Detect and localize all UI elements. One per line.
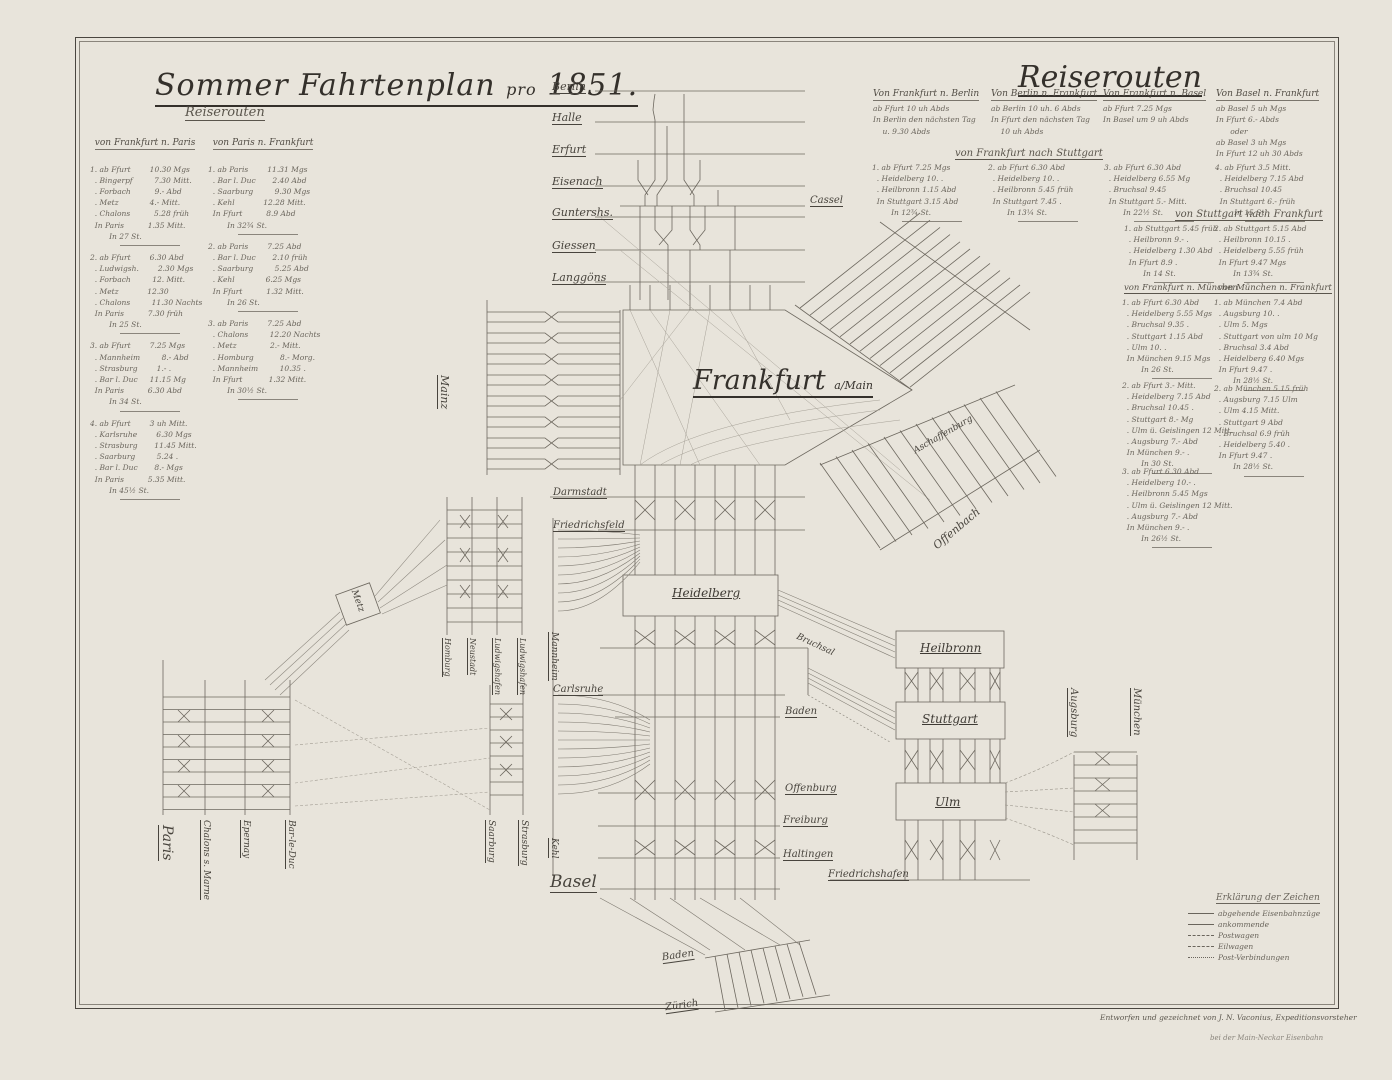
frankfurt-label: Frankfurt a/Main [693,365,873,398]
legend-line-swatch-icon [1188,913,1214,914]
station-giessen: Giessen [552,239,596,253]
legend-label: Post-Verbindungen [1218,953,1289,962]
legend-label: abgehende Eisenbahnzüge [1218,909,1320,918]
station-haltingen: Haltingen [783,849,833,861]
station-baden: Baden [785,706,817,718]
station-epernay: Epernay [240,820,251,858]
station-erfurt: Erfurt [552,143,586,157]
legend-line-swatch-icon [1188,935,1214,936]
station-muenchen: München [1130,688,1142,736]
station-ludwigshafen-2: Ludwigshafen [517,638,527,695]
station-cassel: Cassel [810,195,843,207]
station-saarburg: Saarburg [485,820,496,863]
station-carlsruhe: Carlsruhe [553,684,603,696]
credit-line-2: bei der Main-Neckar Eisenbahn [1210,1034,1323,1042]
station-langgoens: Langgöns [552,271,606,285]
station-bar-le-duc: Bar-le-Duc [285,820,296,869]
station-halle: Halle [552,111,582,125]
station-stuttgart: Stuttgart [922,712,978,726]
station-friedrichsfeld: Friedrichsfeld [553,520,625,532]
legend-item: abgehende Eisenbahnzüge [1188,908,1348,919]
legend-items: abgehende EisenbahnzügeankommendePostwag… [1188,908,1348,963]
station-friedrichshafen: Friedrichshafen [828,869,909,881]
legend-line-swatch-icon [1188,957,1214,958]
station-chalons: Chalons s. Marne [200,820,211,900]
station-paris: Paris [158,825,175,861]
station-kehl: Kehl [548,838,559,858]
rail-network-diagram [0,0,1392,1080]
frankfurt-suffix: a/Main [834,379,873,392]
station-basel: Basel [550,872,597,893]
legend: Erklärung der Zeichen abgehende Eisenbah… [1188,893,1348,963]
legend-line-swatch-icon [1188,946,1214,947]
station-augsburg: Augsburg [1067,688,1079,737]
frankfurt-name: Frankfurt [693,365,826,396]
station-berlin: Berlin [552,80,586,94]
legend-label: ankommende [1218,920,1269,929]
station-neustadt: Neustadt [467,638,477,675]
legend-item: Post-Verbindungen [1188,952,1348,963]
legend-item: Postwagen [1188,930,1348,941]
station-eisenach: Eisenach [552,175,603,189]
station-heilbronn: Heilbronn [920,641,981,655]
station-offenburg: Offenburg [785,783,837,795]
station-darmstadt: Darmstadt [553,487,607,499]
station-ulm: Ulm [935,795,960,809]
station-strasburg: Strasburg [518,820,529,866]
legend-item: ankommende [1188,919,1348,930]
station-heidelberg: Heidelberg [672,586,740,600]
station-guntershausen: Guntershs. [552,206,613,220]
station-freiburg: Freiburg [783,815,828,827]
station-mainz: Mainz [437,375,451,409]
station-ludwigshafen-1: Ludwigshafen [492,638,502,695]
legend-line-swatch-icon [1188,924,1214,925]
legend-label: Postwagen [1218,931,1259,940]
legend-label: Eilwagen [1218,942,1253,951]
legend-heading: Erklärung der Zeichen [1216,893,1320,904]
legend-item: Eilwagen [1188,941,1348,952]
station-mannheim-vertical: Mannheim [548,632,559,681]
credit-line: Entworfen und gezeichnet von J. N. Vacon… [1100,1013,1357,1022]
station-homburg: Homburg [442,638,452,677]
